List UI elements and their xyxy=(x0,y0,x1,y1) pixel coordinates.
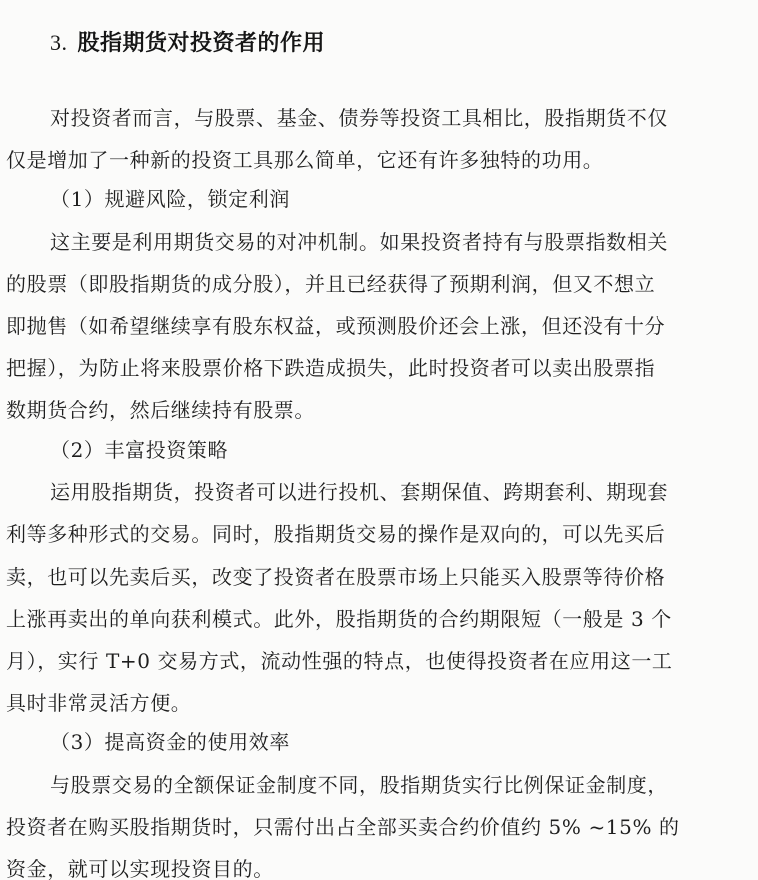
paragraph-line: 投资者在购买股指期货时，只需付出占全部买卖合约价值约 5% ~15% 的 xyxy=(6,811,680,840)
section-title: 股指期货对投资者的作用 xyxy=(78,31,326,56)
paragraph-line: 资金，就可以实现投资目的。 xyxy=(6,853,274,880)
subsection-title-3: （3）提高资金的使用效率 xyxy=(50,726,290,755)
paragraph-line: 月），实行 T+0 交易方式，流动性强的特点，也使得投资者在应用这一工 xyxy=(6,645,673,674)
subsection-title-1: （1）规避风险，锁定利润 xyxy=(50,183,290,212)
section-number: 3. xyxy=(50,30,68,55)
intro-line: 仅是增加了一种新的投资工具那么简单，它还有许多独特的功用。 xyxy=(6,144,603,173)
paragraph-line: 具时非常灵活方便。 xyxy=(6,687,191,716)
paragraph-line: 这主要是利用期货交易的对冲机制。如果投资者持有与股票指数相关 xyxy=(50,226,668,255)
paragraph-line: 运用股指期货，投资者可以进行投机、套期保值、跨期套利、期现套 xyxy=(50,476,668,505)
intro-line: 对投资者而言，与股票、基金、债券等投资工具相比，股指期货不仅 xyxy=(50,102,668,131)
subsection-title-2: （2）丰富投资策略 xyxy=(50,434,228,463)
paragraph-line: 数期货合约，然后继续持有股票。 xyxy=(6,394,315,423)
paragraph-line: 上涨再卖出的单向获利模式。此外，股指期货的合约期限短（一般是 3 个 xyxy=(6,603,672,632)
paragraph-line: 即抛售（如希望继续享有股东权益，或预测股价还会上涨，但还没有十分 xyxy=(6,310,665,339)
paragraph-line: 的股票（即股指期货的成分股），并且已经获得了预期利润，但又不想立 xyxy=(6,268,655,297)
paragraph-line: 利等多种形式的交易。同时，股指期货交易的操作是双向的，可以先买后 xyxy=(6,518,665,547)
section-heading: 3.股指期货对投资者的作用 xyxy=(50,26,325,57)
paragraph-line: 把握），为防止将来股票价格下跌造成损失，此时投资者可以卖出股票指 xyxy=(6,352,655,381)
paragraph-line: 卖，也可以先卖后买，改变了投资者在股票市场上只能买入股票等待价格 xyxy=(6,561,665,590)
paragraph-line: 与股票交易的全额保证金制度不同，股指期货实行比例保证金制度， xyxy=(50,769,668,798)
